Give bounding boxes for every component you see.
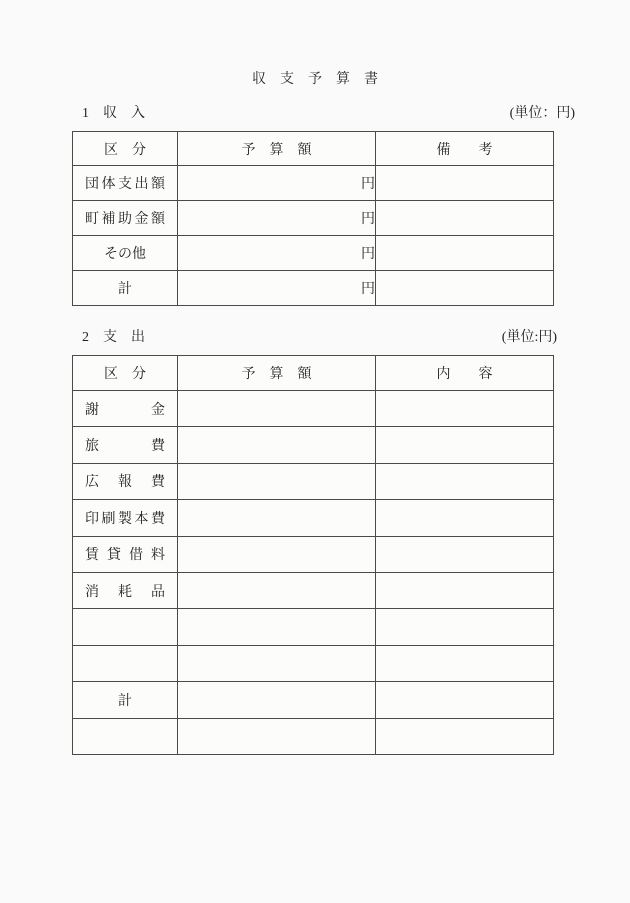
budget-cell [178,572,376,608]
remarks-cell [376,166,554,201]
content-cell [376,427,554,463]
budget-cell [178,463,376,499]
category-cell: 消耗品 [85,581,165,601]
table-row: 印刷製本費 [73,500,554,536]
expense-section-header: 2 支 出 (単位:円) [72,330,553,346]
content-cell [376,682,554,718]
expense-table: 区 分 予 算 額 内 容 謝金 旅費 広報費 印刷製本費 [72,355,554,755]
expense-header-row: 区 分 予 算 額 内 容 [73,356,554,391]
budget-cell: 円 [178,201,376,236]
remarks-cell [376,236,554,271]
category-cell: 謝金 [85,399,165,419]
table-row [73,718,554,754]
category-cell: 団体支出額 [85,173,165,193]
budget-cell [178,427,376,463]
document-title: 収 支 予 算 書 [0,72,630,87]
budget-cell [178,718,376,754]
category-cell: 賃貸借料 [85,544,165,564]
budget-cell [178,682,376,718]
income-section-header: 1 収 入 (単位：円) [72,106,553,122]
income-table: 区 分 予 算 額 備 考 団体支出額 円 町補助金額 円 その他 円 [72,131,554,306]
content-cell [376,718,554,754]
table-row: その他 円 [73,236,554,271]
content-cell [376,500,554,536]
document-page: 収 支 予 算 書 1 収 入 (単位：円) 区 分 予 算 額 備 考 団体支… [0,0,630,903]
content-cell [376,572,554,608]
income-unit-note: (単位：円) [510,106,575,122]
table-row: 旅費 [73,427,554,463]
content-cell [376,391,554,427]
expense-header-budget: 予 算 額 [178,356,376,391]
remarks-cell [376,201,554,236]
budget-cell [178,391,376,427]
table-row: 広報費 [73,463,554,499]
table-row: 消耗品 [73,572,554,608]
table-row [73,645,554,681]
income-section-heading: 1 収 入 [72,106,145,122]
table-row [73,609,554,645]
income-header-budget: 予 算 額 [178,132,376,166]
category-cell: 旅費 [85,435,165,455]
category-cell: その他 [104,243,146,263]
remarks-cell [376,271,554,306]
budget-cell: 円 [178,166,376,201]
table-row: 団体支出額 円 [73,166,554,201]
category-cell: 広報費 [85,471,165,491]
budget-cell [178,645,376,681]
category-cell: 町補助金額 [85,208,165,228]
income-header-remarks: 備 考 [376,132,554,166]
expense-unit-note: (単位:円) [502,330,557,346]
category-cell: 印刷製本費 [85,508,165,528]
expense-header-category: 区 分 [73,356,178,391]
income-header-category: 区 分 [73,132,178,166]
content-cell [376,463,554,499]
budget-cell [178,609,376,645]
table-row: 町補助金額 円 [73,201,554,236]
table-row: 計 [73,682,554,718]
budget-cell [178,500,376,536]
income-header-row: 区 分 予 算 額 備 考 [73,132,554,166]
content-cell [376,645,554,681]
budget-cell: 円 [178,271,376,306]
expense-section-heading: 2 支 出 [72,330,145,346]
table-row: 謝金 [73,391,554,427]
content-cell [376,609,554,645]
budget-cell: 円 [178,236,376,271]
expense-header-content: 内 容 [376,356,554,391]
table-row: 賃貸借料 [73,536,554,572]
category-cell: 計 [118,278,132,298]
budget-cell [178,536,376,572]
category-cell: 計 [118,690,132,710]
table-row: 計 円 [73,271,554,306]
content-cell [376,536,554,572]
